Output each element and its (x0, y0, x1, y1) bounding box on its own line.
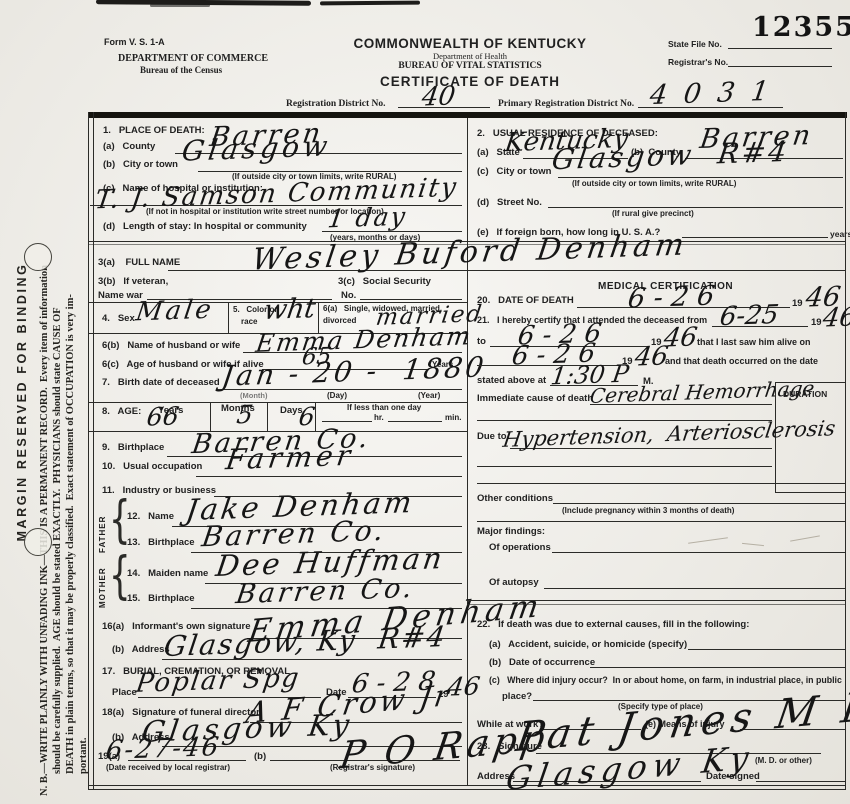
fill-line (477, 521, 845, 522)
stay-label: (d) Length of stay: In hospital or commu… (103, 222, 307, 232)
of-operations-label: Of operations (489, 543, 551, 553)
city-value: Glasgow (180, 132, 333, 165)
scan-artifact (150, 4, 210, 7)
other-conditions-label: Other conditions (477, 494, 553, 504)
certificate-title: CERTIFICATE OF DEATH (380, 75, 560, 90)
accident-label: (a) Accident, suicide, or homicide (spec… (489, 640, 687, 650)
father-name-label: 12. Name (127, 512, 174, 522)
fill-line (477, 466, 772, 467)
hole-punch (24, 243, 52, 271)
county-label: (a) County (103, 142, 155, 152)
faint-pencil-marks (790, 535, 820, 541)
form-number: Form V. S. 1-A (104, 38, 165, 48)
year-note: (Year) (418, 392, 440, 401)
fill-line (728, 48, 832, 49)
fill-line (688, 649, 845, 650)
age-months-value: 5 (235, 402, 254, 428)
mother-name-label: 14. Maiden name (127, 569, 208, 579)
fill-line (728, 66, 832, 67)
name-war-label: Name war (98, 291, 143, 301)
race-value: wht (262, 295, 317, 324)
file-stamp-number: 12355 (752, 12, 850, 43)
faint-pencil-marks (688, 537, 728, 544)
full-name-value: Wesley Buford Denham (250, 230, 690, 275)
alive-label: that I last saw him alive on (697, 338, 811, 348)
received-date-note: (Date received by local registrar) (106, 764, 230, 773)
min-label: min. (445, 414, 461, 423)
age-cell-divider (210, 402, 211, 431)
age-years-value: 66 (145, 403, 180, 429)
duration-label: DURATION (783, 390, 827, 399)
residence-city-value: Glasgow R#4 (550, 138, 791, 174)
margin-nb-line: should be carefully supplied. AGE should… (51, 0, 64, 804)
fill-line (548, 207, 843, 208)
spouse-name-label: 6(b) Name of husband or wife (102, 341, 240, 351)
fill-line (553, 503, 845, 504)
fill-line (477, 483, 845, 484)
fill-line (552, 552, 845, 553)
city-label: (b) City or town (103, 160, 178, 170)
form-bottom-border (88, 789, 845, 790)
margin-nb-line: N. B.—WRITE PLAINLY WITH UNFADING INK—TH… (29, 0, 51, 804)
mother-birthplace-label: 15. Birthplace (127, 594, 195, 604)
informant-address-label: (b) Address (112, 645, 170, 655)
sex-label: 4. Sex (102, 314, 135, 324)
foreign-born-suffix: years (830, 230, 850, 239)
state-file-no-label: State File No. (668, 40, 722, 49)
scan-artifact (320, 1, 420, 6)
department-of-commerce: DEPARTMENT OF COMMERCE (118, 53, 268, 64)
commonwealth-title: COMMONWEALTH OF KENTUCKY (354, 37, 587, 52)
margin-nb-line: DEATH in plain terms, so that it may be … (64, 0, 77, 804)
date-signed-label: Date signed (706, 772, 760, 782)
date-of-death-value: 6 - 2 6 (626, 282, 716, 312)
registration-district-value: 40 (420, 83, 457, 110)
attended-from-value: 6-25 (718, 302, 780, 330)
due-to-value: Hypertension, Arteriosclerosis (502, 418, 837, 451)
major-findings-label: Major findings: (477, 527, 545, 537)
fill-line (682, 237, 828, 238)
duration-box-bottom (775, 492, 845, 493)
birth-date-value: Jan - 20 - 1880 (220, 353, 488, 390)
fill-line (322, 421, 372, 422)
date-of-death-label: 20. DATE OF DEATH (477, 296, 574, 306)
injury-place-label: place? (502, 692, 532, 702)
color-race-label2: race (241, 318, 257, 327)
to-label: to (477, 337, 486, 347)
day-note: (Day) (327, 392, 347, 401)
primary-district-value: 4 0 3 1 (648, 78, 774, 109)
occupation-label: 10. Usual occupation (102, 462, 202, 472)
fill-line (590, 667, 845, 668)
residence-city-label: (c) City or town (477, 167, 551, 177)
mother-side-label: MOTHER (98, 560, 107, 608)
bureau-of-census: Bureau of the Census (140, 66, 222, 76)
binding-margin-text: MARGIN RESERVED FOR BINDING N. B.—WRITE … (0, 0, 96, 804)
street-no-label: (d) Street No. (477, 198, 542, 208)
hole-punch (24, 528, 52, 556)
registrar-b-label: (b) (254, 752, 266, 762)
from-year-value: 46 (821, 304, 850, 331)
md-or-other-note: (M. D. or other) (755, 757, 812, 766)
immediate-cause-label: Immediate cause of death (477, 394, 593, 404)
primary-district-label: Primary Registration District No. (498, 99, 634, 109)
full-name-label: 3(a) FULL NAME (98, 258, 180, 268)
external-causes-label: 22. If death was due to external causes,… (477, 620, 749, 630)
cell-divider (228, 302, 229, 333)
stated-above-label: stated above at (477, 376, 546, 386)
dod-19: 19 (792, 299, 803, 309)
informant-address-value: Glasgow, Ky R#4 (162, 623, 449, 661)
dept-of-health: Department of Health (433, 52, 507, 61)
father-side-label: FATHER (98, 505, 107, 553)
residence-rural-note: (If outside city or town limits, write R… (572, 180, 736, 189)
fill-line (558, 177, 843, 178)
registration-district-label: Registration District No. (286, 99, 385, 109)
fill-line (388, 421, 442, 422)
registrar-no-label: Registrar's No. (668, 58, 728, 67)
occupation-value: Farmer (224, 442, 356, 475)
fill-line (544, 588, 845, 589)
sex-value: Male (134, 297, 215, 326)
form-left-border (88, 112, 89, 790)
fill-line (360, 299, 462, 300)
less-than-day-label: If less than one day (347, 404, 421, 413)
bureau-vital-statistics: BUREAU OF VITAL STATISTICS (398, 61, 541, 71)
margin-binding-label: MARGIN RESERVED FOR BINDING (0, 0, 29, 804)
medical-section-divider (467, 600, 845, 601)
occurrence-label: (b) Date of occurrence (489, 658, 595, 668)
occurred-label: and that death occurred on the date (665, 357, 818, 367)
medical-section-divider (467, 604, 845, 605)
injury-where-label: (c) Where did injury occur? In or about … (489, 676, 842, 686)
fill-line (196, 476, 462, 477)
precinct-note: (If rural give precinct) (612, 210, 694, 219)
received-date-value: 6-27-46 (104, 734, 222, 764)
social-security-label: 3(c) Social Security (338, 277, 431, 287)
form-bottom-border (88, 785, 845, 786)
stay-value: 1 day (326, 204, 408, 232)
death-certificate-scan: MARGIN RESERVED FOR BINDING N. B.—WRITE … (0, 0, 850, 804)
birthplace-label: 9. Birthplace (102, 443, 164, 453)
father-birthplace-label: 13. Birthplace (127, 538, 195, 548)
fill-line (756, 781, 845, 782)
veteran-label: 3(b) If veteran, (98, 277, 168, 287)
birth-date-label: 7. Birth date of deceased (102, 378, 220, 388)
faint-pencil-marks (742, 543, 764, 546)
duration-box-top (775, 382, 845, 383)
pregnancy-note: (Include pregnancy within 3 months of de… (562, 507, 734, 516)
from-19: 19 (811, 318, 822, 328)
of-autopsy-label: Of autopsy (489, 578, 539, 588)
ss-no-label: No. (341, 291, 356, 301)
hr-label: hr. (374, 414, 384, 423)
age-label: 8. AGE: (102, 407, 141, 417)
